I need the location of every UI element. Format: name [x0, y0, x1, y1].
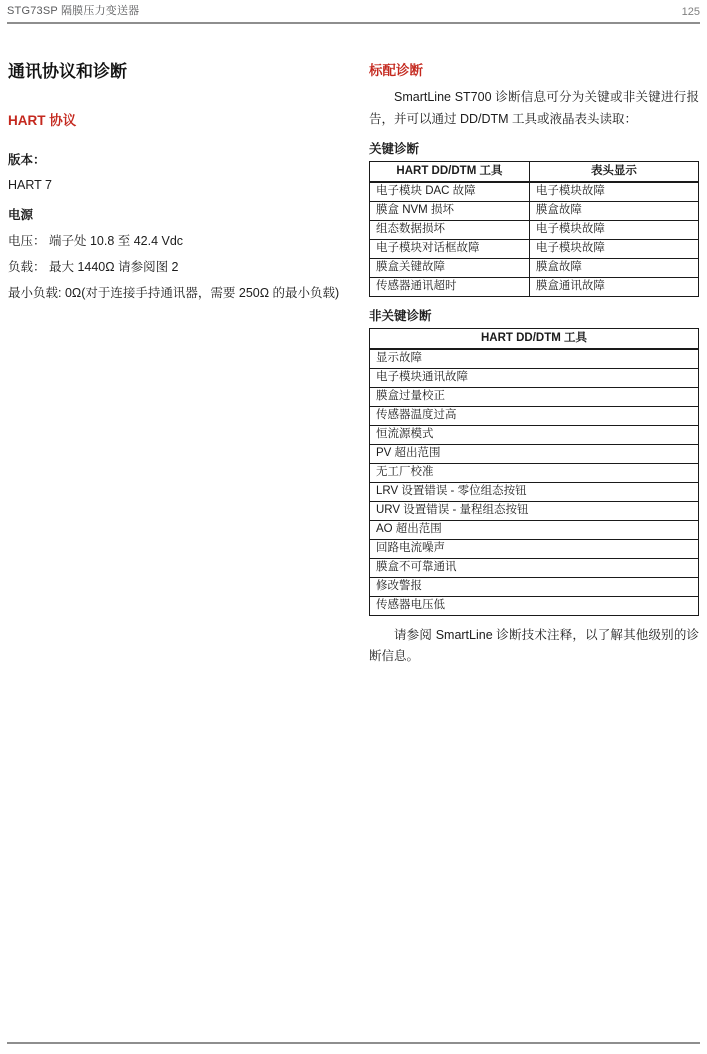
table-row: 回路电流噪声: [370, 540, 699, 559]
table-row: 传感器电压低: [370, 597, 699, 616]
power-label: 电源: [8, 205, 356, 223]
critical-diagnostics-table: HART DD/DTM 工具 表头显示 电子模块 DAC 故障 电子模块故障 膜…: [369, 161, 699, 297]
table-cell: 膜盒故障: [529, 202, 698, 221]
table-row: URV 设置错误 - 量程组态按钮: [370, 502, 699, 521]
table-cell: 回路电流噪声: [370, 540, 699, 559]
table-cell: 显示故障: [370, 349, 699, 369]
table-cell: 无工厂校准: [370, 464, 699, 483]
table-row: 显示故障: [370, 349, 699, 369]
table-cell: 膜盒不可靠通讯: [370, 559, 699, 578]
critical-diagnostics-title: 关键诊断: [369, 139, 699, 157]
table-cell: 膜盒 NVM 损坏: [370, 202, 530, 221]
diagnostics-footnote: 请参阅 SmartLine 诊断技术注释，以了解其他级别的诊断信息。: [369, 625, 699, 667]
standard-diagnostics-heading: 标配诊断: [369, 59, 699, 79]
table-row: 电子模块对话框故障 电子模块故障: [370, 240, 699, 259]
table-header-row: HART DD/DTM 工具 表头显示: [370, 162, 699, 183]
column-header: HART DD/DTM 工具: [370, 329, 699, 350]
column-header: HART DD/DTM 工具: [370, 162, 530, 183]
right-column: 标配诊断 SmartLine ST700 诊断信息可分为关键或非关键进行报告，并…: [369, 57, 699, 667]
table-row: 组态数据损坏 电子模块故障: [370, 221, 699, 240]
table-cell: 电子模块故障: [529, 240, 698, 259]
noncritical-diagnostics-title: 非关键诊断: [369, 306, 699, 324]
table-cell: 传感器通讯超时: [370, 278, 530, 297]
table-cell: 膜盒关键故障: [370, 259, 530, 278]
table-cell: 电子模块 DAC 故障: [370, 182, 530, 202]
table-cell: 膜盒故障: [529, 259, 698, 278]
table-cell: 电子模块故障: [529, 221, 698, 240]
table-row: 传感器通讯超时 膜盒通讯故障: [370, 278, 699, 297]
table-cell: 传感器温度过高: [370, 407, 699, 426]
table-row: 恒流源模式: [370, 426, 699, 445]
table-row: 膜盒不可靠通讯: [370, 559, 699, 578]
table-cell: 组态数据损坏: [370, 221, 530, 240]
table-cell: 电子模块对话框故障: [370, 240, 530, 259]
hart-protocol-heading: HART 协议: [8, 109, 356, 129]
table-row: PV 超出范围: [370, 445, 699, 464]
table-cell: 膜盒过量校正: [370, 388, 699, 407]
page-number: 125: [682, 6, 700, 18]
table-cell: 修改警报: [370, 578, 699, 597]
table-row: 膜盒 NVM 损坏 膜盒故障: [370, 202, 699, 221]
page-header: STG73SP 隔膜压力变送器 125: [7, 0, 700, 24]
table-header-row: HART DD/DTM 工具: [370, 329, 699, 350]
diagnostics-intro-paragraph: SmartLine ST700 诊断信息可分为关键或非关键进行报告，并可以通过 …: [369, 86, 699, 130]
section-title: 通讯协议和诊断: [8, 57, 356, 82]
table-row: AO 超出范围: [370, 521, 699, 540]
column-header: 表头显示: [529, 162, 698, 183]
table-cell: 传感器电压低: [370, 597, 699, 616]
table-cell: 恒流源模式: [370, 426, 699, 445]
load-spec: 负载： 最大 1440Ω 请参阅图 2: [8, 260, 356, 275]
left-column: 通讯协议和诊断 HART 协议 版本： HART 7 电源 电压： 端子处 10…: [8, 57, 356, 301]
table-cell: 电子模块故障: [529, 182, 698, 202]
noncritical-diagnostics-table: HART DD/DTM 工具 显示故障 电子模块通讯故障 膜盒过量校正 传感器温…: [369, 328, 699, 616]
min-load-spec: 最小负载: 0Ω(对于连接手持通讯器，需要 250Ω 的最小负载): [8, 286, 356, 301]
version-label: 版本：: [8, 150, 356, 168]
table-row: 膜盒过量校正: [370, 388, 699, 407]
version-value: HART 7: [8, 178, 356, 192]
table-cell: 电子模块通讯故障: [370, 369, 699, 388]
footer-rule: [7, 1042, 700, 1044]
table-row: 传感器温度过高: [370, 407, 699, 426]
voltage-spec: 电压： 端子处 10.8 至 42.4 Vdc: [8, 234, 356, 249]
table-row: 电子模块 DAC 故障 电子模块故障: [370, 182, 699, 202]
document-page: { "colors": { "accent_red": "#c4281e", "…: [0, 0, 707, 1054]
table-cell: URV 设置错误 - 量程组态按钮: [370, 502, 699, 521]
table-cell: LRV 设置错误 - 零位组态按钮: [370, 483, 699, 502]
table-cell: PV 超出范围: [370, 445, 699, 464]
running-header-title: STG73SP 隔膜压力变送器: [7, 2, 139, 18]
table-row: 无工厂校准: [370, 464, 699, 483]
table-row: 膜盒关键故障 膜盒故障: [370, 259, 699, 278]
table-row: LRV 设置错误 - 零位组态按钮: [370, 483, 699, 502]
table-cell: AO 超出范围: [370, 521, 699, 540]
table-row: 电子模块通讯故障: [370, 369, 699, 388]
table-row: 修改警报: [370, 578, 699, 597]
table-cell: 膜盒通讯故障: [529, 278, 698, 297]
